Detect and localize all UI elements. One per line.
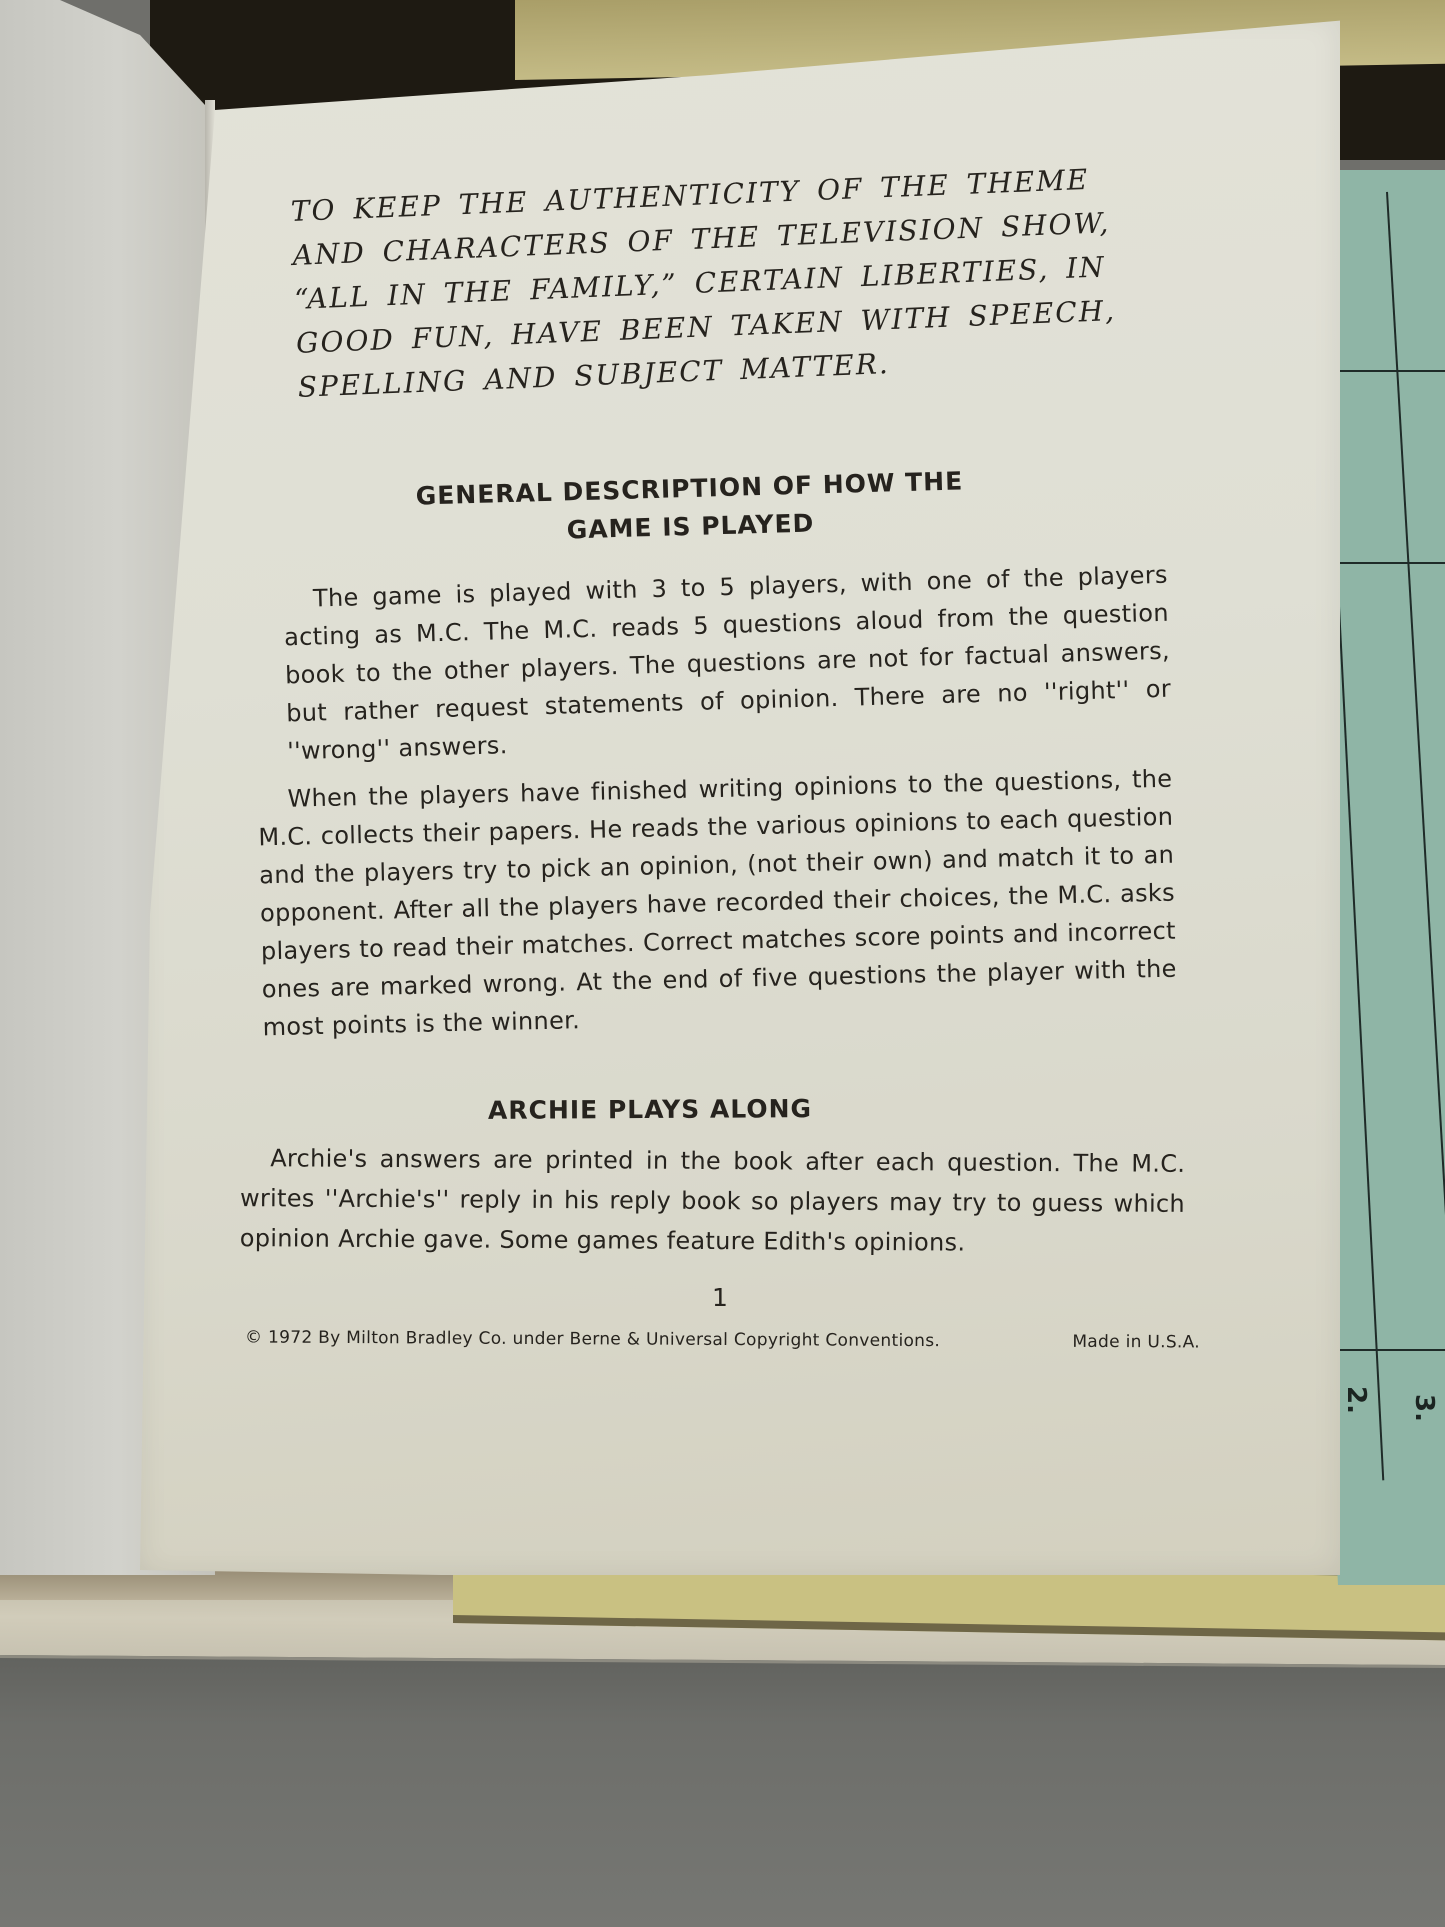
paragraph-scoring: When the players have finished writing o… — [257, 760, 1178, 1047]
intro-disclaimer: To keep the authenticity of the theme an… — [290, 155, 1178, 410]
table-surface — [0, 1640, 1445, 1927]
score-sheet-number: 3. — [1409, 1394, 1439, 1422]
paragraph-game-overview: The game is played with 3 to 5 players, … — [283, 556, 1173, 771]
copyright-notice: © 1972 By Milton Bradley Co. under Berne… — [245, 1328, 940, 1352]
page-number: 1 — [250, 1283, 1190, 1312]
score-sheet-rule — [1338, 1349, 1445, 1351]
score-sheet-number: 2. — [1341, 1386, 1371, 1414]
page-content: To keep the authenticity of the theme an… — [250, 180, 1190, 1350]
paragraph-archie: Archie's answers are printed in the book… — [240, 1138, 1186, 1264]
section-heading-archie-plays-along: ARCHIE PLAYS ALONG — [270, 1089, 1030, 1131]
section-heading-general-description: GENERAL DESCRIPTION OF HOW THE GAME IS P… — [309, 459, 1071, 556]
page-footer: © 1972 By Milton Bradley Co. under Berne… — [245, 1328, 1200, 1353]
photo-scene: 2. 3. To keep the authenticity of the th… — [0, 0, 1445, 1927]
made-in-label: Made in U.S.A. — [1072, 1332, 1200, 1353]
